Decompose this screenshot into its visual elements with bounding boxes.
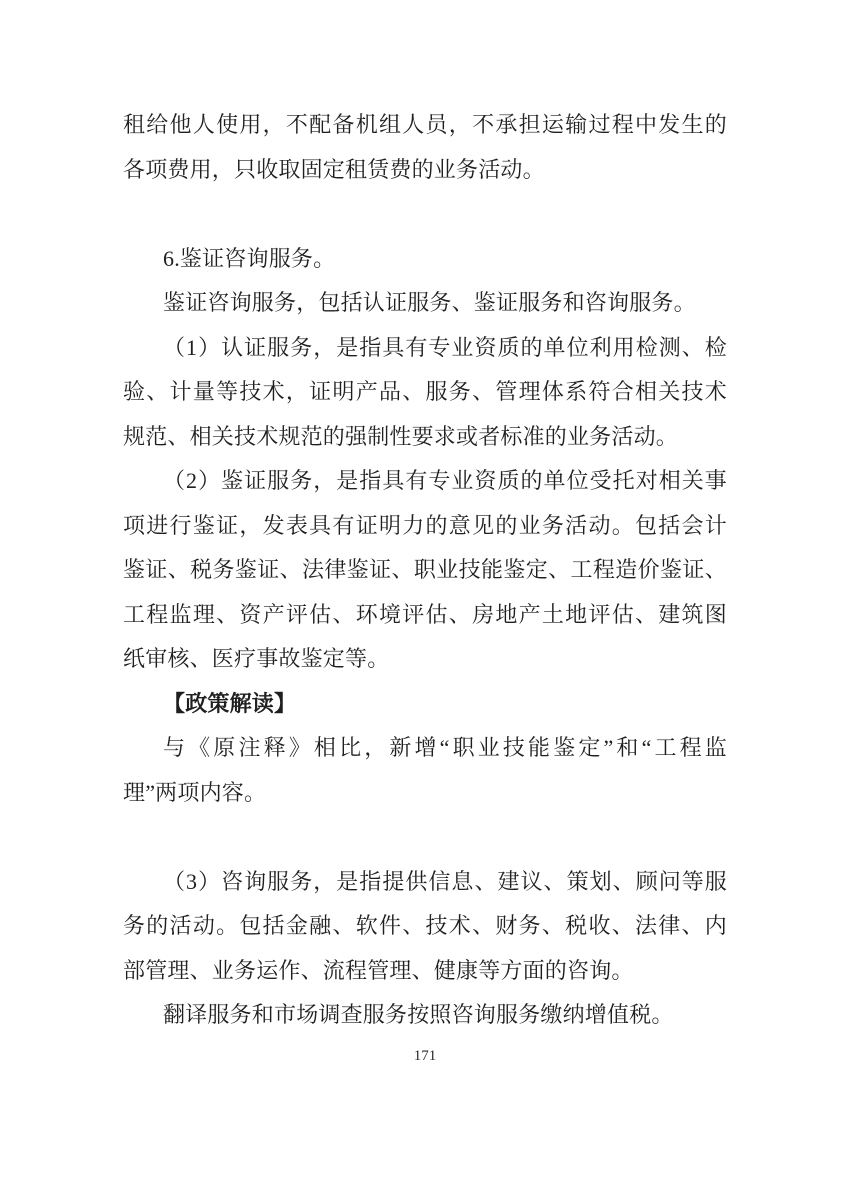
text-line: 6.鉴证咨询服务。 (123, 237, 727, 282)
text-line: 翻译服务和市场调查服务按照咨询服务缴纳增值税。 (123, 993, 727, 1038)
text-line: 工程监理、资产评估、环境评估、房地产土地评估、建筑图 (123, 593, 727, 638)
text-line: （3）咨询服务，是指提供信息、建议、策划、顾问等服 (123, 860, 727, 905)
heading-policy-interpretation: 【政策解读】 (123, 682, 727, 727)
text-line: 纸审核、医疗事故鉴定等。 (123, 637, 727, 682)
text-line: 鉴证、税务鉴证、法律鉴证、职业技能鉴定、工程造价鉴证、 (123, 548, 727, 593)
document-page: 租给他人使用，不配备机组人员，不承担运输过程中发生的各项费用，只收取固定租赁费的… (0, 0, 850, 1202)
paragraph-item-2-attestation: （2）鉴证服务，是指具有专业资质的单位受托对相关事项进行鉴证，发表具有证明力的意… (123, 459, 727, 682)
text-line: 各项费用，只收取固定租赁费的业务活动。 (123, 148, 727, 193)
page-number: 171 (0, 1046, 850, 1066)
text-line: 务的活动。包括金融、软件、技术、财务、税收、法律、内 (123, 904, 727, 949)
paragraph-item-3-consulting: （3）咨询服务，是指提供信息、建议、策划、顾问等服务的活动。包括金融、软件、技术… (123, 860, 727, 994)
text-line: 项进行鉴证，发表具有证明力的意见的业务活动。包括会计 (123, 504, 727, 549)
text-line: 验、计量等技术，证明产品、服务、管理体系符合相关技术 (123, 370, 727, 415)
text-line: （1）认证服务，是指具有专业资质的单位利用检测、检 (123, 326, 727, 371)
paragraph-overview: 鉴证咨询服务，包括认证服务、鉴证服务和咨询服务。 (123, 281, 727, 326)
document-body: 租给他人使用，不配备机组人员，不承担运输过程中发生的各项费用，只收取固定租赁费的… (123, 103, 727, 1038)
text-line: 部管理、业务运作、流程管理、健康等方面的咨询。 (123, 949, 727, 994)
paragraph-heading-item-6: 6.鉴证咨询服务。 (123, 237, 727, 282)
text-line: 【政策解读】 (123, 682, 727, 727)
paragraph-policy-note: 与《原注释》相比，新增“职业技能鉴定”和“工程监理”两项内容。 (123, 726, 727, 815)
paragraph-translation-note: 翻译服务和市场调查服务按照咨询服务缴纳增值税。 (123, 993, 727, 1038)
text-line: 理”两项内容。 (123, 771, 727, 816)
paragraph-lease-continuation: 租给他人使用，不配备机组人员，不承担运输过程中发生的各项费用，只收取固定租赁费的… (123, 103, 727, 192)
paragraph-item-1-certification: （1）认证服务，是指具有专业资质的单位利用检测、检验、计量等技术，证明产品、服务… (123, 326, 727, 460)
text-line: 租给他人使用，不配备机组人员，不承担运输过程中发生的 (123, 103, 727, 148)
text-line: 鉴证咨询服务，包括认证服务、鉴证服务和咨询服务。 (123, 281, 727, 326)
text-line: 与《原注释》相比，新增“职业技能鉴定”和“工程监 (123, 726, 727, 771)
text-line: 规范、相关技术规范的强制性要求或者标准的业务活动。 (123, 415, 727, 460)
text-line: （2）鉴证服务，是指具有专业资质的单位受托对相关事 (123, 459, 727, 504)
